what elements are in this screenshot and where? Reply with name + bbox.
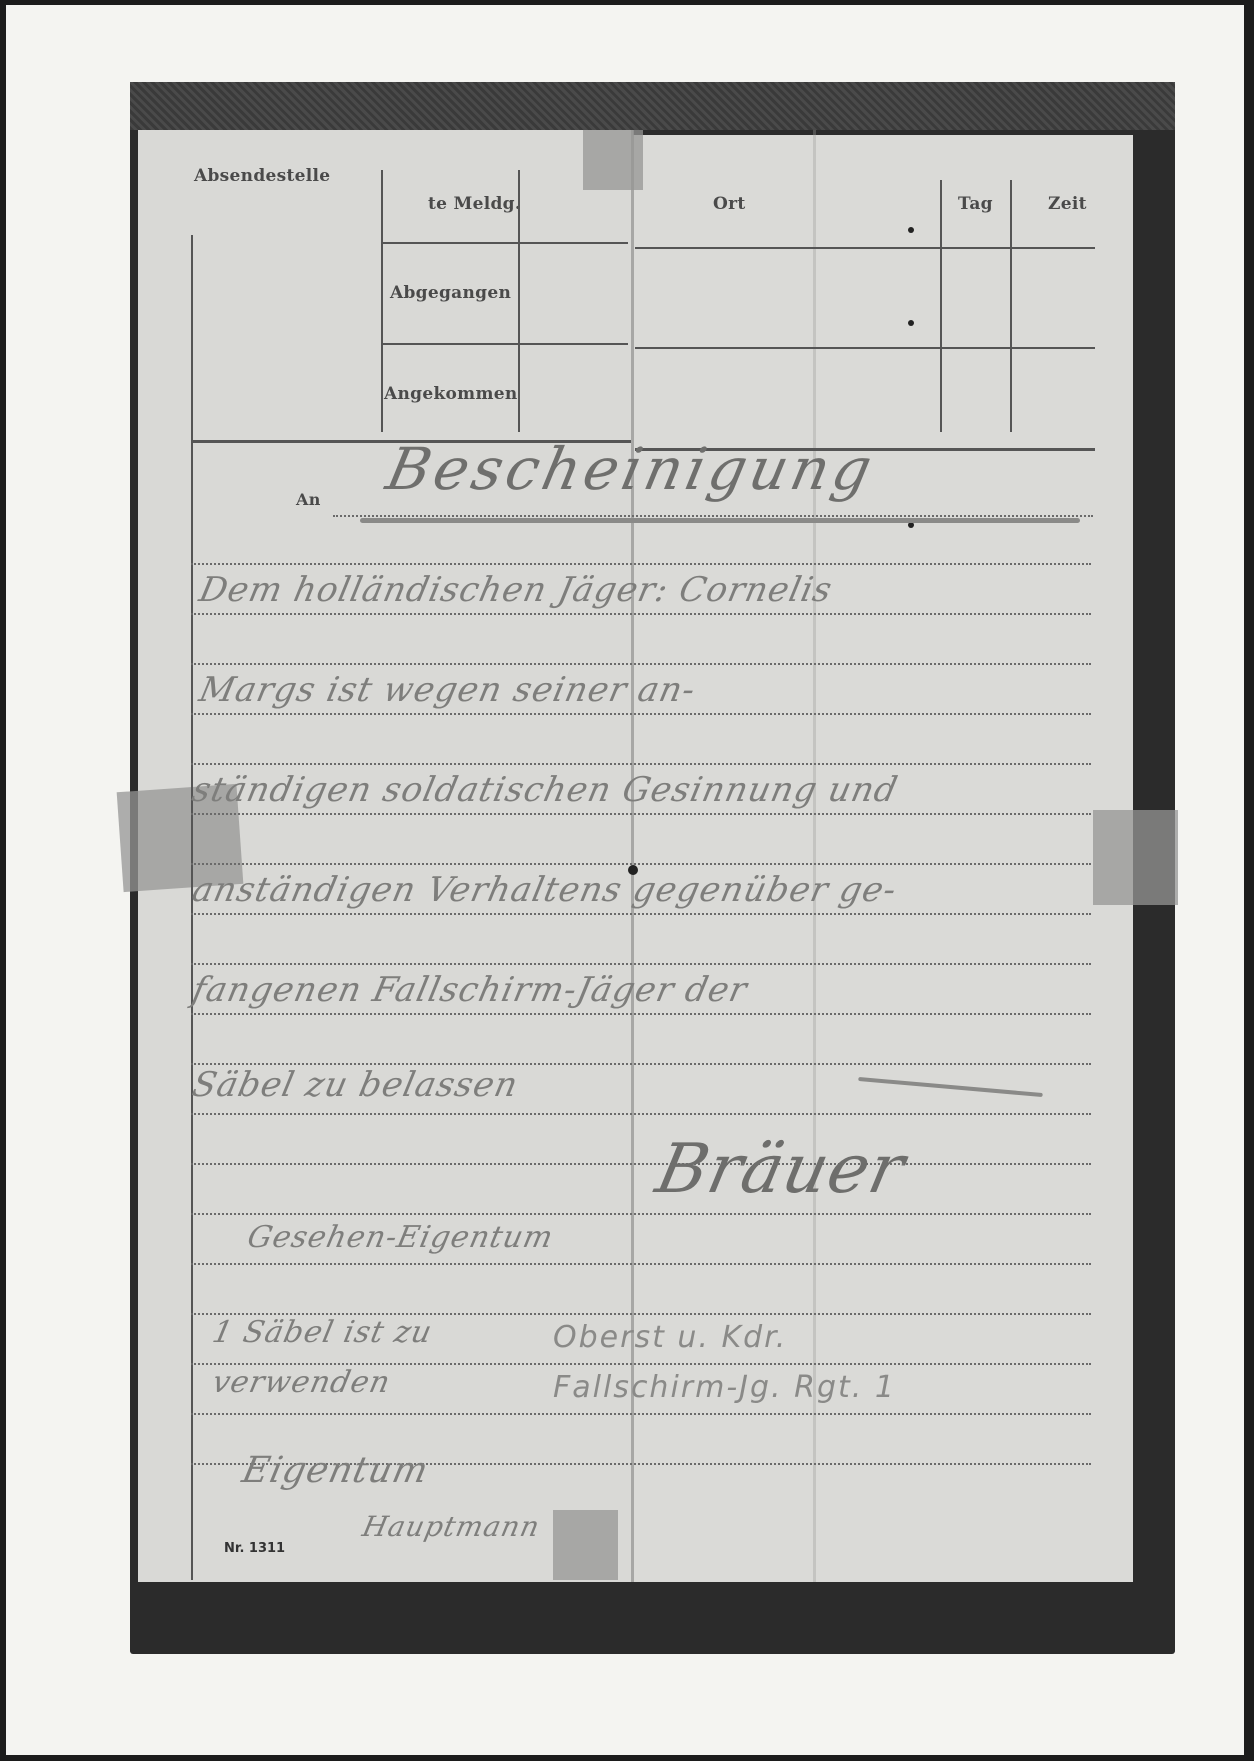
ruled-line xyxy=(191,563,1091,565)
ruled-line xyxy=(191,1213,1091,1215)
day-label: Tag xyxy=(958,194,993,214)
commander-signature: Bräuer xyxy=(650,1130,912,1209)
body-line-5: fangenen Fallschirm-Jäger der xyxy=(189,970,751,1010)
title-underline xyxy=(360,518,1080,523)
ruled-line xyxy=(191,713,1091,715)
ruled-line xyxy=(191,613,1091,615)
message-number-label: te Meldg. xyxy=(428,194,521,214)
second-signature: Eigentum xyxy=(239,1450,433,1491)
note-line-2: 1 Säbel ist zu xyxy=(209,1315,435,1350)
tape-right xyxy=(1093,810,1178,905)
arrived-label: Angekommen xyxy=(384,384,518,404)
header-hrule-1a xyxy=(381,242,628,244)
note-line-3: verwenden xyxy=(209,1365,394,1400)
tape-bottom xyxy=(553,1510,618,1580)
to-label: An xyxy=(296,490,321,509)
note-line-1: Gesehen-Eigentum xyxy=(244,1220,556,1255)
form-number: Nr. 1311 xyxy=(224,1541,285,1556)
tear-mark xyxy=(908,320,914,326)
header-vrule-2 xyxy=(518,170,520,432)
ruled-line xyxy=(191,963,1091,965)
ruled-line xyxy=(191,1413,1091,1415)
place-label: Ort xyxy=(713,194,746,214)
header-vrule-3 xyxy=(940,180,942,432)
body-line-4: anständigen Verhaltens gegenüber ge- xyxy=(189,870,901,910)
body-line-2: Margs ist wegen seiner an- xyxy=(196,670,700,710)
second-signature-rank: Hauptmann xyxy=(359,1510,543,1543)
signature-title-line-2: Fallschirm-Jg. Rgt. 1 xyxy=(553,1370,896,1405)
body-line-6: Säbel zu belassen xyxy=(189,1065,522,1105)
to-line xyxy=(333,515,1093,517)
header-vrule-1 xyxy=(381,170,383,432)
message-form: Absendestelle te Meldg. Abgegangen Angek… xyxy=(138,130,1178,1582)
ruled-line xyxy=(191,1013,1091,1015)
header-hrule-1b xyxy=(635,247,1095,249)
ruled-line xyxy=(191,1263,1091,1265)
sender-label: Absendestelle xyxy=(194,166,330,186)
ruled-line xyxy=(191,663,1091,665)
ruled-line xyxy=(191,913,1091,915)
ruled-line xyxy=(191,813,1091,815)
ruled-line xyxy=(191,1113,1091,1115)
body-line-3: ständigen soldatischen Gesinnung und xyxy=(189,770,902,810)
time-label: Zeit xyxy=(1048,194,1087,214)
document-title: Bescheinigung xyxy=(381,435,882,503)
header-hrule-2b xyxy=(635,347,1095,349)
signature-title-line-1: Oberst u. Kdr. xyxy=(553,1320,787,1355)
tape-top xyxy=(583,130,643,190)
ruled-line xyxy=(191,1163,1091,1165)
tear-mark xyxy=(908,227,914,233)
dark-background-texture xyxy=(130,82,1175,130)
departed-label: Abgegangen xyxy=(390,283,511,303)
ruled-line xyxy=(191,763,1091,765)
header-vrule-4 xyxy=(1010,180,1012,432)
body-line-1: Dem holländischen Jäger: Cornelis xyxy=(196,570,836,610)
header-hrule-2a xyxy=(381,343,628,345)
ruled-line xyxy=(191,863,1091,865)
